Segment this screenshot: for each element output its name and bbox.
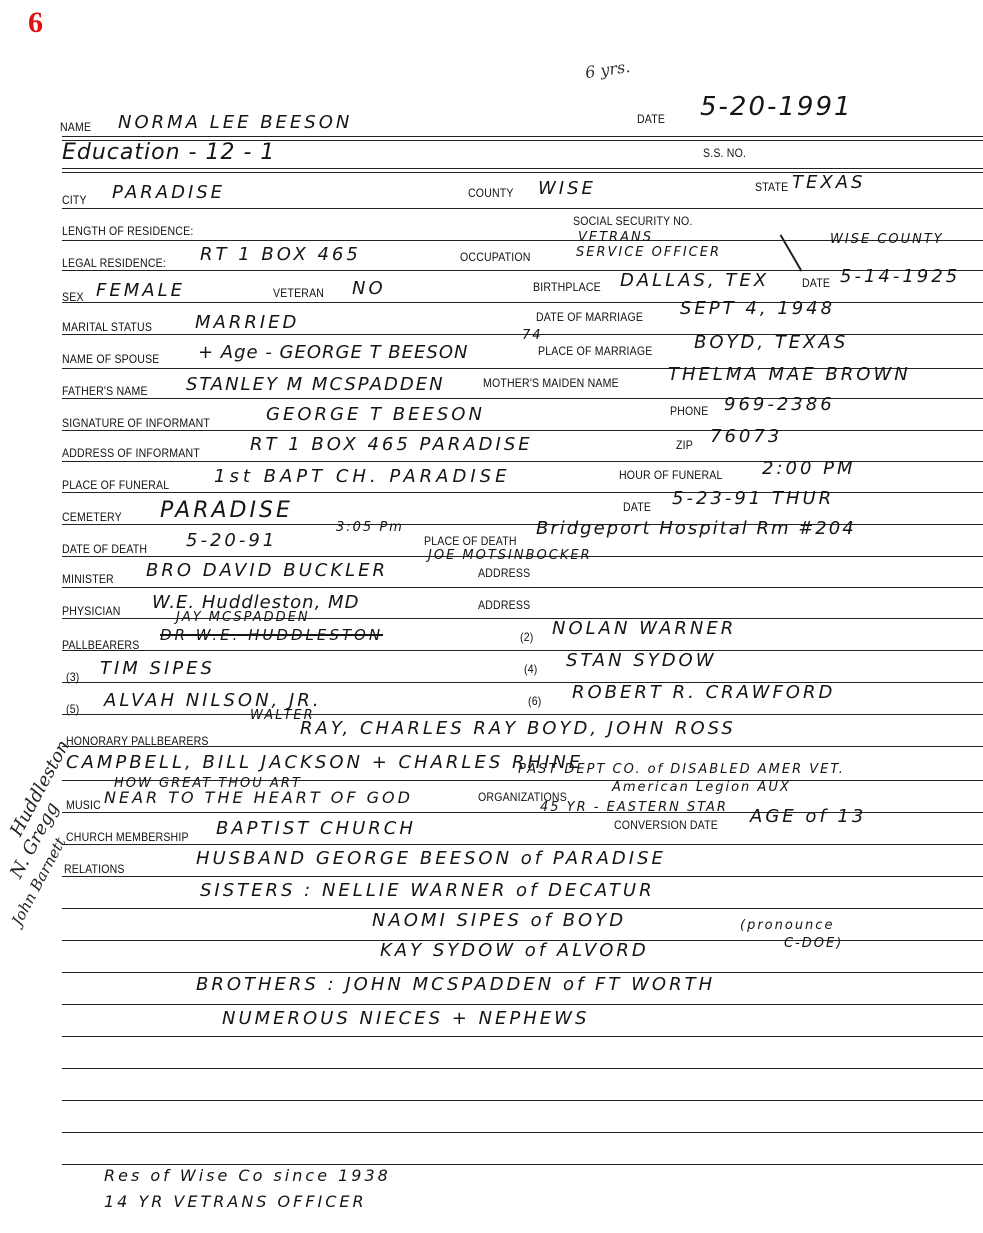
rule: [62, 136, 983, 137]
organizations-line2: American Legion AUX: [612, 780, 791, 795]
relation-line: NAOMI SIPES of BOYD: [372, 910, 626, 931]
rule: [62, 587, 983, 588]
phone-label: PHONE: [670, 404, 708, 418]
rule: [62, 1164, 983, 1165]
rule: [62, 714, 983, 715]
ss-no-label: S.S. NO.: [703, 146, 746, 160]
mother-label: MOTHER'S MAIDEN NAME: [483, 376, 619, 390]
legal-residence-value: RT 1 BOX 465: [200, 244, 361, 265]
date-label: DATE: [637, 112, 665, 126]
conversion-date-value: AGE of 13: [750, 806, 866, 827]
date-of-marriage-value: SEPT 4, 1948: [680, 298, 835, 319]
pallbearer-2-number: (2): [520, 630, 533, 644]
church-membership-value: BAPTIST CHURCH: [216, 818, 416, 839]
cemetery-value: PARADISE: [160, 498, 293, 523]
state-value: TEXAS: [792, 172, 865, 193]
minister-label: MINISTER: [62, 572, 114, 586]
social-security-label: SOCIAL SECURITY NO.: [573, 214, 693, 228]
mother-value: THELMA MAE BROWN: [668, 364, 911, 385]
music-label: MUSIC: [66, 798, 101, 812]
place-of-death-value: Bridgeport Hospital Rm #204: [536, 518, 856, 539]
relation-line: HUSBAND GEORGE BEESON of PARADISE: [196, 848, 666, 869]
birthplace-value: DALLAS, TEX: [620, 270, 769, 291]
informant-signature-value: GEORGE T BEESON: [266, 404, 485, 425]
length-of-residence-label: LENGTH OF RESIDENCE:: [62, 224, 193, 238]
rule: [62, 972, 983, 973]
time-of-death: 3:05 Pm: [336, 520, 404, 535]
rule: [62, 682, 983, 683]
pronounce-note-1: (pronounce: [740, 918, 834, 933]
city-value: PARADISE: [112, 182, 225, 203]
page-number: 6: [28, 6, 43, 40]
rule: [62, 1036, 983, 1037]
cemetery-label: CEMETERY: [62, 510, 122, 524]
rule: [62, 1068, 983, 1069]
occupation-value-line2: SERVICE OFFICER: [576, 245, 721, 260]
zip-label: ZIP: [676, 438, 693, 452]
organizations-line1: PAST DEPT CO. of DISABLED AMER VET.: [518, 762, 845, 777]
marital-status-label: MARITAL STATUS: [62, 320, 152, 334]
name-label: NAME: [60, 120, 91, 134]
spouse-value: + Age - GEORGE T BEESON: [198, 342, 468, 363]
place-of-death-label: PLACE OF DEATH: [424, 534, 517, 548]
top-note: 6 yrs.: [584, 57, 631, 82]
rule: [62, 168, 983, 169]
birthplace-label: BIRTHPLACE: [533, 280, 601, 294]
relations-label: RELATIONS: [64, 862, 125, 876]
relation-line: KAY SYDOW of ALVORD: [380, 940, 649, 961]
father-value: STANLEY M MCSPADDEN: [186, 374, 445, 395]
informant-address-value: RT 1 BOX 465 PARADISE: [250, 434, 533, 455]
rule: [62, 1132, 983, 1133]
physician-address-label: ADDRESS: [478, 598, 530, 612]
rule: [62, 302, 983, 303]
name-value: NORMA LEE BEESON: [118, 112, 352, 133]
marital-status-value: MARRIED: [195, 312, 299, 333]
spouse-label: NAME OF SPOUSE: [62, 352, 160, 366]
minister-address-label: ADDRESS: [478, 566, 530, 580]
sex-value: FEMALE: [96, 280, 185, 301]
funeral-date-label: DATE: [623, 500, 651, 514]
father-label: FATHER'S NAME: [62, 384, 148, 398]
date-of-death-label: DATE OF DEATH: [62, 542, 147, 556]
rule: [62, 746, 983, 747]
date-of-marriage-label: DATE OF MARRIAGE: [536, 310, 643, 324]
relation-line: NUMEROUS NIECES + NEPHEWS: [222, 1008, 589, 1029]
occupation-label: OCCUPATION: [460, 250, 531, 264]
place-of-marriage-value: BOYD, TEXAS: [694, 332, 848, 353]
pallbearer-4: STAN SYDOW: [566, 650, 717, 671]
rule: [62, 398, 983, 399]
rule: [62, 650, 983, 651]
relation-line: BROTHERS : JOHN MCSPADDEN of FT WORTH: [196, 974, 715, 995]
pallbearer-6: ROBERT R. CRAWFORD: [572, 682, 835, 703]
place-of-funeral-value: 1st BAPT CH. PARADISE: [214, 466, 510, 487]
birth-date-label: DATE: [802, 276, 830, 290]
hour-of-funeral-value: 2:00 PM: [762, 458, 856, 479]
place-of-funeral-label: PLACE OF FUNERAL: [62, 478, 169, 492]
rule: [62, 908, 983, 909]
music-line2: NEAR TO THE HEART OF GOD: [104, 788, 413, 807]
veteran-value: NO: [352, 278, 386, 299]
veteran-label: VETERAN: [273, 286, 324, 300]
physician-label: PHYSICIAN: [62, 604, 121, 618]
date-of-death-value: 5-20-91: [186, 530, 277, 551]
rule: [62, 208, 983, 209]
pallbearer-4-number: (4): [524, 662, 537, 676]
footer-note-1: Res of Wise Co since 1938: [104, 1166, 391, 1185]
occupation-value-line1: VETRANS: [578, 230, 653, 245]
funeral-date-value: 5-23-91 THUR: [672, 488, 834, 509]
rule: [62, 430, 983, 431]
rule: [62, 1004, 983, 1005]
rule: [62, 844, 983, 845]
county-label: COUNTY: [468, 186, 514, 200]
birth-date-value: 5-14-1925: [840, 266, 960, 287]
pallbearer-6-number: (6): [528, 694, 541, 708]
occupation-employer: WISE COUNTY: [830, 232, 944, 247]
conversion-date-label: CONVERSION DATE: [614, 818, 718, 832]
pallbearer-2: NOLAN WARNER: [552, 618, 736, 639]
informant-signature-label: SIGNATURE OF INFORMANT: [62, 416, 210, 430]
legal-residence-label: LEGAL RESIDENCE:: [62, 256, 166, 270]
pronounce-note-2: C-DOE): [784, 936, 843, 951]
education-value: Education - 12 - 1: [62, 140, 275, 165]
minister-note: JOE MOTSINBOCKER: [428, 548, 592, 563]
rule: [62, 876, 983, 877]
rule: [62, 492, 983, 493]
minister-value: BRO DAVID BUCKLER: [146, 560, 388, 581]
spouse-age-note: 74: [522, 328, 543, 343]
zip-value: 76073: [710, 426, 782, 447]
informant-address-label: ADDRESS OF INFORMANT: [62, 446, 200, 460]
relation-line: SISTERS : NELLIE WARNER of DECATUR: [200, 880, 655, 901]
church-membership-label: CHURCH MEMBERSHIP: [66, 830, 189, 844]
date-value: 5-20-1991: [700, 92, 853, 122]
phone-value: 969-2386: [724, 394, 835, 415]
honorary-line2: CAMPBELL, BILL JACKSON + CHARLES RHINE: [66, 752, 583, 773]
pallbearer-1-struck: DR W.E. HUDDLESTON: [160, 626, 383, 644]
county-value: WISE: [538, 178, 596, 199]
pallbearer-3: TIM SIPES: [100, 658, 215, 679]
state-label: STATE: [755, 180, 788, 194]
place-of-marriage-label: PLACE OF MARRIAGE: [538, 344, 652, 358]
rule: [62, 1100, 983, 1101]
honorary-line1: RAY, CHARLES RAY BOYD, JOHN ROSS: [300, 718, 736, 739]
pallbearer-1-replacement: JAY MCSPADDEN: [176, 610, 310, 625]
city-label: CITY: [62, 193, 87, 207]
footer-note-2: 14 YR VETRANS OFFICER: [104, 1192, 367, 1211]
hour-of-funeral-label: HOUR OF FUNERAL: [619, 468, 723, 482]
